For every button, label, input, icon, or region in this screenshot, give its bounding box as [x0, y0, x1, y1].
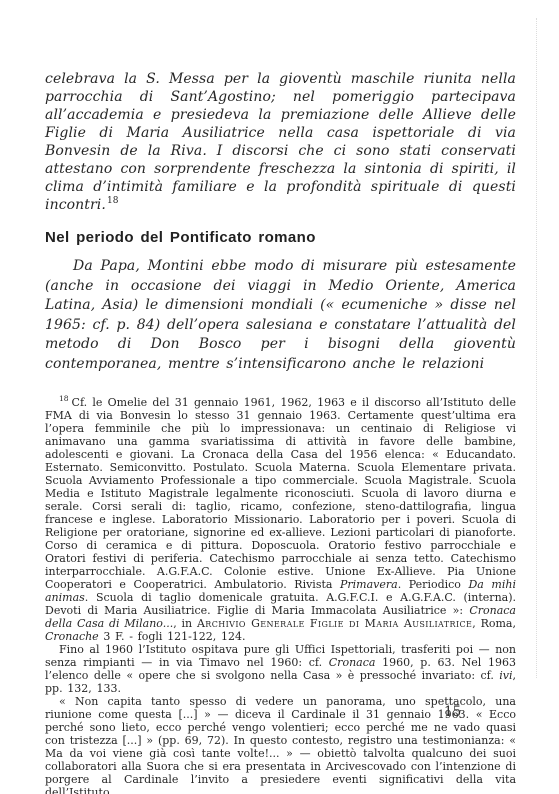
- paragraph-continuation: celebrava la S. Messa per la gioventù ma…: [45, 70, 516, 214]
- paragraph-1-text: celebrava la S. Messa per la gioventù ma…: [45, 71, 516, 213]
- section-heading: Nel periodo del Pontificato romano: [45, 229, 516, 246]
- paragraph-2: Da Papa, Montini ebbe modo di misurare p…: [45, 257, 516, 374]
- page-number: 15: [444, 704, 461, 720]
- page-edge-scan-line: [536, 18, 537, 678]
- book-page: celebrava la S. Messa per la gioventù ma…: [0, 0, 559, 794]
- footnote-paragraph-1-text: Cf. le Omelie del 31 gennaio 1961, 1962,…: [45, 396, 516, 643]
- text-block: celebrava la S. Messa per la gioventù ma…: [45, 70, 516, 794]
- footnote-marker-18: 18: [59, 394, 69, 403]
- footnote-paragraph-1: 18Cf. le Omelie del 31 gennaio 1961, 196…: [45, 396, 516, 643]
- footnote-reference-18: 18: [107, 196, 119, 206]
- footnote-block: 18Cf. le Omelie del 31 gennaio 1961, 196…: [45, 396, 516, 794]
- footnote-paragraph-2-text: Fino al 1960 l’Istituto ospitava pure gl…: [45, 643, 516, 695]
- footnote-paragraph-2: Fino al 1960 l’Istituto ospitava pure gl…: [45, 643, 516, 695]
